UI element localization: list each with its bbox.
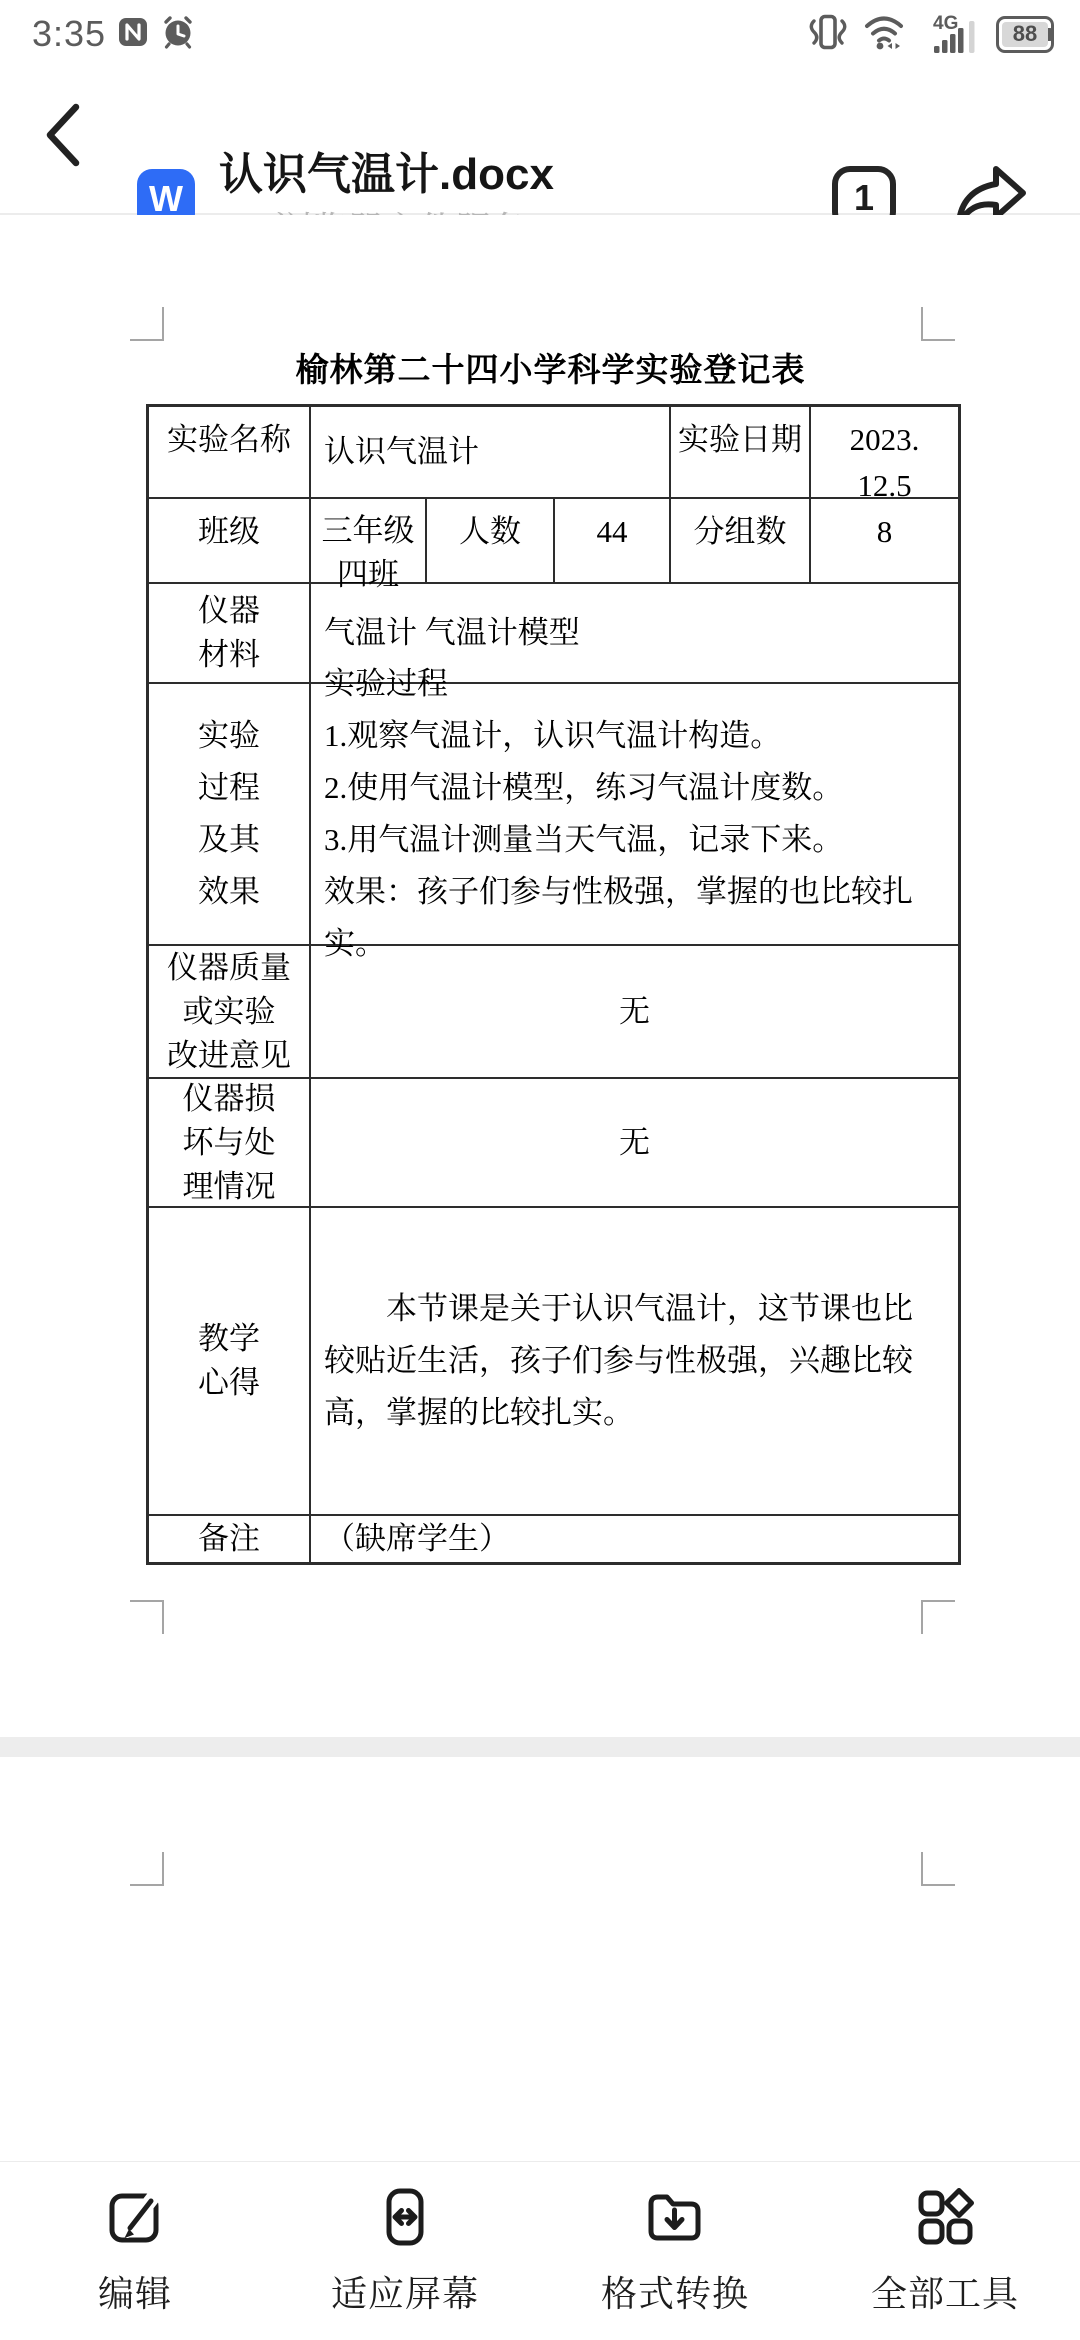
- fit-screen-label: 适应屏幕: [331, 2266, 479, 2317]
- header-bar: W 认识气温计.docx QQ浏览器文件服务 1: [0, 56, 1080, 215]
- experiment-form-table: 实验名称 认识气温计 实验日期 2023. 12.5 班级 三年级 四班 人数 …: [146, 404, 961, 1565]
- cell-date-value: 2023. 12.5: [811, 407, 958, 499]
- nfc-icon: [118, 16, 148, 53]
- cell-class-value: 三年级 四班: [311, 499, 427, 584]
- page-corner-mark: [130, 1852, 164, 1886]
- page-corner-mark: [921, 1600, 955, 1634]
- cell-remark-label: 备注: [149, 1516, 311, 1562]
- cell-damage-value: 无: [311, 1079, 958, 1208]
- cell-reflection-value: 本节课是关于认识气温计，这节课也比较贴近生活，孩子们参与性极强，兴趣比较高，掌握…: [311, 1283, 958, 1439]
- status-left: 3:35: [32, 13, 196, 55]
- battery-icon: 88: [996, 16, 1052, 53]
- cell-damage-label: 仪器损 坏与处 理情况: [149, 1079, 311, 1208]
- cell-class-label: 班级: [149, 499, 311, 584]
- status-right: 4G 88: [805, 13, 1052, 55]
- document-viewer[interactable]: 榆林第二十四小学科学实验登记表 实验名称 认识气温计 实验日期 2023. 12…: [0, 215, 1080, 2161]
- cell-remark-value: （缺席学生）: [311, 1516, 958, 1562]
- cell-count-label: 人数: [427, 499, 555, 584]
- clock-time: 3:35: [32, 13, 106, 55]
- bottom-toolbar: 编辑 适应屏幕 格式转换 全部工具: [0, 2161, 1080, 2340]
- cell-group-label: 分组数: [671, 499, 811, 584]
- fit-screen-button[interactable]: 适应屏幕: [270, 2162, 540, 2340]
- alarm-icon: [160, 15, 196, 54]
- cell-exp-name-value: 认识气温计: [311, 407, 671, 499]
- page-separator: [0, 1737, 1080, 1757]
- cell-exp-name-label: 实验名称: [149, 407, 311, 499]
- cell-quality-value: 无: [311, 946, 958, 1079]
- format-convert-button[interactable]: 格式转换: [540, 2162, 810, 2340]
- document-title: 认识气温计.docx: [219, 138, 799, 202]
- page-count-number: 1: [854, 177, 874, 219]
- page-corner-mark: [921, 1852, 955, 1886]
- cell-quality-label: 仪器质量 或实验 改进意见: [149, 946, 311, 1079]
- vibrate-icon: [805, 14, 851, 55]
- status-bar: 3:35 4G 88: [0, 0, 1080, 56]
- cell-reflection-label: 教学 心得: [149, 1208, 311, 1516]
- cell-group-value: 8: [811, 499, 958, 584]
- edit-label: 编辑: [98, 2266, 172, 2317]
- signal-bars-icon: 4G: [917, 13, 983, 55]
- back-button[interactable]: [42, 102, 82, 168]
- cell-date-label: 实验日期: [671, 407, 811, 499]
- all-tools-icon: [912, 2184, 978, 2250]
- format-convert-icon: [642, 2184, 708, 2250]
- battery-percent: 88: [1013, 21, 1037, 47]
- cell-count-value: 44: [555, 499, 671, 584]
- network-type-label: 4G: [933, 13, 958, 34]
- page-corner-mark: [921, 307, 955, 341]
- edit-icon: [102, 2184, 168, 2250]
- word-file-letter: W: [149, 178, 183, 220]
- edit-button[interactable]: 编辑: [0, 2162, 270, 2340]
- all-tools-label: 全部工具: [871, 2266, 1019, 2317]
- cell-process-value: 实验过程 1.观察气温计，认识气温计构造。 2.使用气温计模型，练习气温计度数。…: [311, 684, 958, 946]
- app-screen: 3:35 4G 88: [0, 0, 1080, 2340]
- cell-materials-label: 仪器 材料: [149, 584, 311, 684]
- form-title: 榆林第二十四小学科学实验登记表: [146, 344, 955, 391]
- fit-screen-icon: [372, 2184, 438, 2250]
- page-corner-mark: [130, 307, 164, 341]
- all-tools-button[interactable]: 全部工具: [810, 2162, 1080, 2340]
- page-corner-mark: [130, 1600, 164, 1634]
- cell-process-label: 实验 过程 及其 效果: [149, 684, 311, 946]
- format-convert-label: 格式转换: [601, 2266, 749, 2317]
- wifi-icon: [864, 14, 904, 55]
